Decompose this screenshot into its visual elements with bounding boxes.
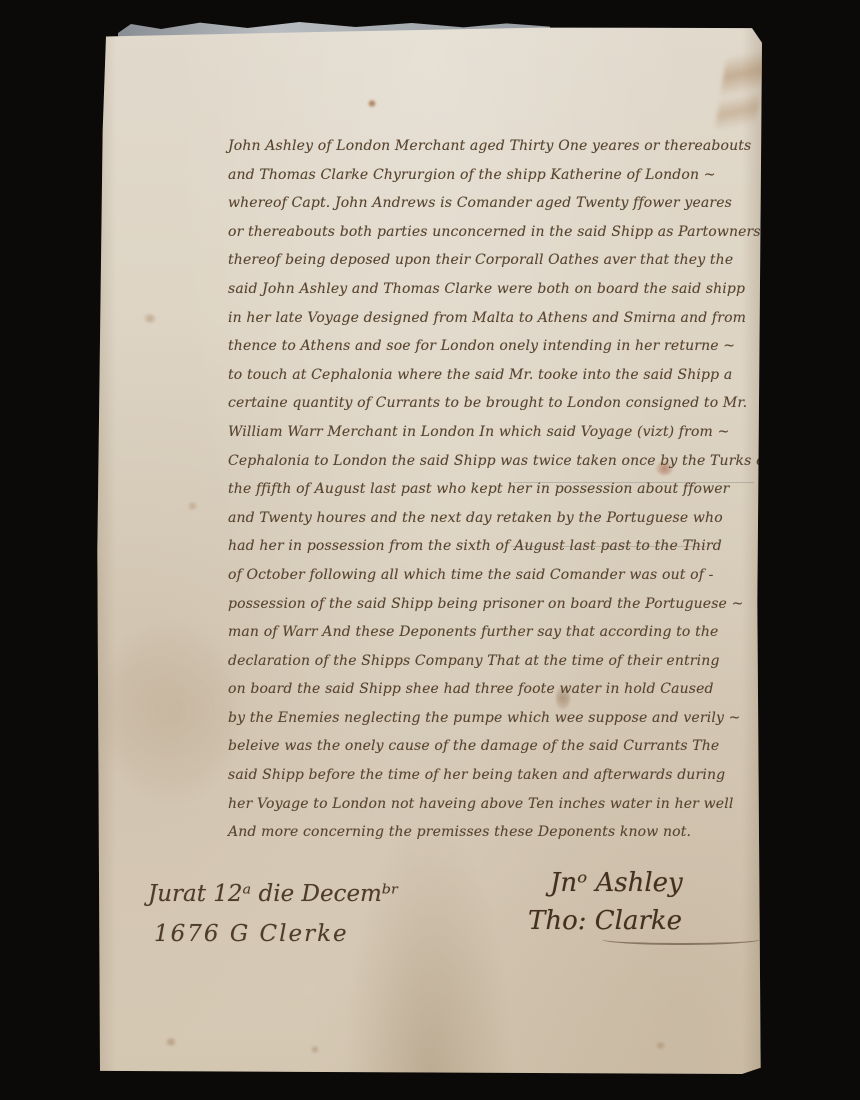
water-stain	[106, 626, 236, 796]
jurat-date-line: Jurat 12ᵃ die Decemᵇʳ	[148, 874, 399, 914]
manuscript-line: man of Warr And these Deponents further …	[228, 618, 762, 647]
manuscript-line: and Twenty houres and the next day retak…	[228, 504, 762, 533]
manuscript-line: by the Enemies neglecting the pumpe whic…	[228, 704, 762, 733]
fox-stain	[144, 314, 156, 323]
manuscript-line: possession of the said Shipp being priso…	[228, 590, 762, 619]
manuscript-line: said John Ashley and Thomas Clarke were …	[228, 275, 762, 304]
manuscript-line: Cephalonia to London the said Shipp was …	[228, 447, 762, 476]
manuscript-line: thence to Athens and soe for London onel…	[228, 332, 762, 361]
manuscript-line: in her late Voyage designed from Malta t…	[228, 304, 762, 333]
manuscript-line: William Warr Merchant in London In which…	[228, 418, 762, 447]
manuscript-line: or thereabouts both parties unconcerned …	[228, 218, 762, 247]
manuscript-line: declaration of the Shipps Company That a…	[228, 647, 762, 676]
corner-stain	[715, 37, 769, 134]
manuscript-line: beleive was the onely cause of the damag…	[228, 732, 762, 761]
manuscript-page: John Ashley of London Merchant aged Thir…	[96, 26, 762, 1074]
manuscript-line: thereof being deposed upon their Corpora…	[228, 246, 762, 275]
photo-background: John Ashley of London Merchant aged Thir…	[0, 0, 860, 1100]
manuscript-line: the ffifth of August last past who kept …	[228, 475, 762, 504]
signatures-block: Jnᵒ Ashley Tho: Clarke	[534, 864, 760, 945]
manuscript-line: and Thomas Clarke Chyrurgion of the ship…	[228, 161, 762, 190]
manuscript-line: And more concerning the premisses these …	[228, 818, 762, 847]
manuscript-line: had her in possession from the sixth of …	[228, 532, 762, 561]
fox-stain	[368, 100, 376, 107]
jurat-note: Jurat 12ᵃ die Decemᵇʳ 1676 G Clerke	[148, 874, 399, 954]
manuscript-line: on board the said Shipp shee had three f…	[228, 675, 762, 704]
fox-stain	[656, 1042, 665, 1049]
manuscript-line: of October following all which time the …	[228, 561, 762, 590]
manuscript-line: certaine quantity of Currants to be brou…	[228, 389, 762, 418]
fox-stain	[311, 1046, 319, 1053]
manuscript-line: said Shipp before the time of her being …	[228, 761, 762, 790]
manuscript-line: whereof Capt. John Andrews is Comander a…	[228, 189, 762, 218]
signature-john-ashley: Jnᵒ Ashley	[550, 864, 760, 902]
manuscript-line: John Ashley of London Merchant aged Thir…	[228, 132, 762, 161]
manuscript-line: to touch at Cephalonia where the said Mr…	[228, 361, 762, 390]
fox-stain	[188, 502, 197, 510]
fox-stain	[166, 1038, 176, 1046]
deposition-body-text: John Ashley of London Merchant aged Thir…	[228, 132, 762, 847]
manuscript-line: her Voyage to London not haveing above T…	[228, 790, 762, 819]
jurat-year-clerk-line: 1676 G Clerke	[154, 914, 399, 954]
